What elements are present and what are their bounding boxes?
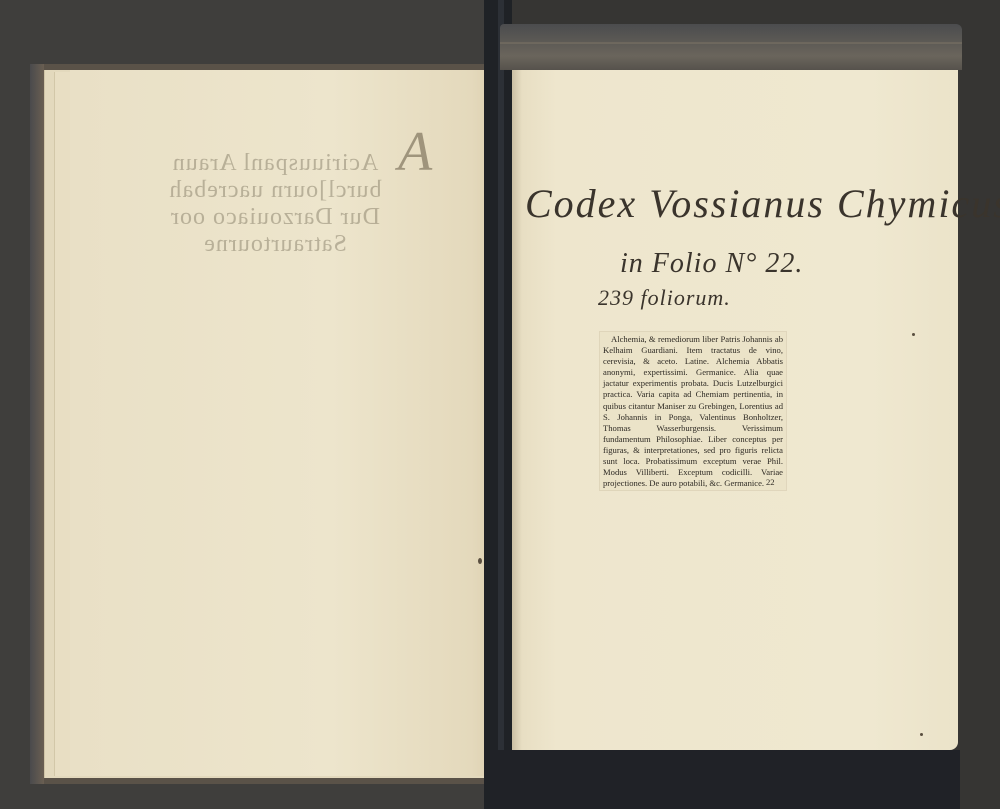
- right-page-block-edge: [500, 24, 962, 70]
- book-gutter-highlight: [498, 0, 504, 809]
- right-page-gutter-shadow: [512, 70, 522, 750]
- manuscript-folio-count: 239 foliorum.: [598, 285, 731, 311]
- bottom-dark-area: [490, 750, 960, 809]
- manuscript-shelfmark: in Folio N° 22.: [620, 248, 803, 280]
- catalogue-slip-number: 22: [766, 477, 775, 487]
- paper-speck: [920, 733, 923, 736]
- paper-speck: [478, 558, 482, 564]
- left-page-show-through-text: Aciriuuspanl Araun burcl]ourn uacrebah D…: [125, 150, 425, 258]
- show-through-line: Satraurtourne: [125, 231, 425, 258]
- show-through-line: Dur Darzouiaco oor: [125, 204, 425, 231]
- show-through-line: Aciriuuspanl Araun: [125, 150, 425, 177]
- paper-speck: [912, 333, 915, 336]
- catalogue-slip-text: Alchemia, & remediorum liber Patris Joha…: [603, 334, 783, 489]
- show-through-line: burcl]ourn uacrebah: [125, 177, 425, 204]
- manuscript-title: Codex Vossianus Chymicus: [525, 180, 925, 227]
